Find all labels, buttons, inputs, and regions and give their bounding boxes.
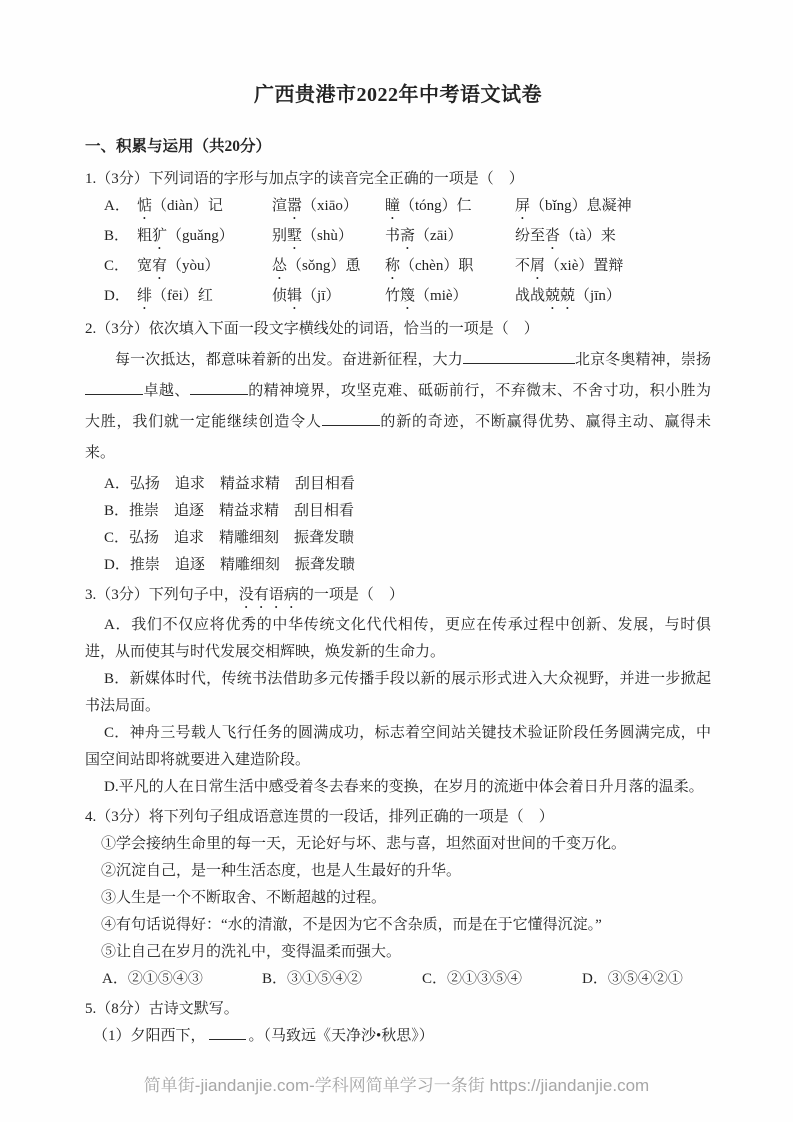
option-label: B． xyxy=(104,503,129,519)
q3-option-d: D.平凡的人在日常生活中感受着冬去春来的变换，在岁月的流逝中体会着日升月落的温柔… xyxy=(85,774,711,801)
q2-option-b: B．推崇 追逐 精益求精 刮目相看 xyxy=(85,498,711,525)
option-text: ③①⑤④② xyxy=(287,971,362,987)
fill-blank-line xyxy=(190,381,248,395)
q4-sentence-3: ③人生是一个不断取舍、不断超越的过程。 xyxy=(85,885,711,912)
q4-option-a: A．②①⑤④③ xyxy=(102,966,262,993)
question-3-stem: 3.（3分）下列句子中，没有语病的一项是（ ） xyxy=(85,582,711,612)
option-label: D． xyxy=(104,557,130,573)
fill-blank-line xyxy=(85,381,143,395)
q4-sentence-4: ④有句话说得好：“水的清澈，不是因为它不含杂质，而是在于它懂得沉淀。” xyxy=(85,912,711,939)
q4-option-b: B．③①⑤④② xyxy=(262,966,422,993)
q3-option-b: B．新媒体时代，传统书法借助多元传播手段以新的展示形式进入大众视野，并进一步掀起… xyxy=(85,666,711,720)
option-text: ②①③⑤④ xyxy=(447,971,522,987)
option-text: 弘扬 追求 精雕细刻 振聋发聩 xyxy=(129,530,354,546)
option-term: 绯（fēi）红 xyxy=(137,283,272,313)
option-text: 平凡的人在日常生活中感受着冬去春来的变换，在岁月的流逝中体会着日升月落的温柔。 xyxy=(119,779,704,795)
option-label: C． xyxy=(422,971,447,987)
q1-option-a: A． 惦（diàn）记 渲嚣（xiāo） 瞳（tóng）仁 屏（bǐng）息凝神 xyxy=(104,193,711,223)
exam-title: 广西贵港市2022年中考语文试卷 xyxy=(85,82,711,108)
option-text: 推崇 追逐 精雕细刻 振聋发聩 xyxy=(130,557,355,573)
option-label: D． xyxy=(104,283,137,313)
option-term: 竹篾（miè） xyxy=(385,283,515,313)
q3-option-a: A．我们不仅应将优秀的中华传统文化代代相传，更应在传承过程中创新、发展，与时俱进… xyxy=(85,612,711,666)
option-label: D． xyxy=(582,971,608,987)
q4-sentence-1: ①学会接纳生命里的每一天，无论好与坏、悲与喜，坦然面对世间的千变万化。 xyxy=(85,831,711,858)
q1-option-b: B． 粗犷（guǎng） 别墅（shù） 书斋（zāi） 纷至沓（tà）来 xyxy=(104,223,711,253)
option-term: 屏（bǐng）息凝神 xyxy=(515,193,632,223)
option-text: 新媒体时代，传统书法借助多元传播手段以新的展示形式进入大众视野，并进一步掀起书法… xyxy=(85,671,711,714)
option-text: 我们不仅应将优秀的中华传统文化代代相传，更应在传承过程中创新、发展，与时俱进，从… xyxy=(85,617,711,660)
q4-sentence-2: ②沉淀自己，是一种生活态度，也是人生最好的升华。 xyxy=(85,858,711,885)
passage-text: 每一次抵达，都意味着新的出发。奋进新征程，大力 xyxy=(115,352,463,368)
question-4-stem: 4.（3分）将下列句子组成语意连贯的一段话，排列正确的一项是（ ） xyxy=(85,804,711,831)
option-term: 宽宥（yòu） xyxy=(137,253,272,283)
option-label: C． xyxy=(104,253,137,283)
option-term: 瞳（tóng）仁 xyxy=(385,193,515,223)
option-label: C． xyxy=(104,725,130,741)
q4-option-c: C．②①③⑤④ xyxy=(422,966,582,993)
passage-text: 卓越、 xyxy=(143,383,190,399)
passage-text: 北京冬奥精神，崇扬 xyxy=(575,352,711,368)
option-term: 称（chèn）职 xyxy=(385,253,515,283)
option-text: 推崇 追逐 精益求精 刮目相看 xyxy=(129,503,354,519)
q2-passage: 每一次抵达，都意味着新的出发。奋进新征程，大力北京冬奥精神，崇扬卓越、的精神境界… xyxy=(85,345,711,469)
option-term: 粗犷（guǎng） xyxy=(137,223,272,253)
fill-blank-line xyxy=(209,1026,246,1040)
question-5-stem: 5.（8分）古诗文默写。 xyxy=(85,996,711,1023)
fill-blank-line xyxy=(463,350,575,364)
option-term: 怂（sǒng）恿 xyxy=(272,253,385,283)
option-term: 惦（diàn）记 xyxy=(137,193,272,223)
option-term: 不屑（xiè）置辩 xyxy=(515,253,623,283)
q4-option-d: D．③⑤④②① xyxy=(582,966,683,993)
option-term: 纷至沓（tà）来 xyxy=(515,223,616,253)
option-label: D. xyxy=(104,779,119,795)
q2-option-c: C．弘扬 追求 精雕细刻 振聋发聩 xyxy=(85,525,711,552)
option-term: 侦辑（jī） xyxy=(272,283,385,313)
q1-option-d: D． 绯（fēi）红 侦辑（jī） 竹篾（miè） 战战兢兢（jīn） xyxy=(104,283,711,313)
fill-blank-line xyxy=(322,412,380,426)
q1-option-c: C． 宽宥（yòu） 怂（sǒng）恿 称（chèn）职 不屑（xiè）置辩 xyxy=(104,253,711,283)
exam-paper-page: 广西贵港市2022年中考语文试卷 一、积累与运用（共20分） 1.（3分）下列词… xyxy=(0,0,793,1122)
q2-option-a: A．弘扬 追求 精益求精 刮目相看 xyxy=(85,471,711,498)
q5-item-1-pre: （1）夕阳西下， xyxy=(93,1028,206,1044)
option-label: A． xyxy=(104,476,130,492)
option-term: 别墅（shù） xyxy=(272,223,385,253)
option-term: 渲嚣（xiāo） xyxy=(272,193,385,223)
option-label: A． xyxy=(104,193,137,223)
option-text: ③⑤④②① xyxy=(608,971,683,987)
option-text: ②①⑤④③ xyxy=(128,971,203,987)
q5-item-1-post: 。（马致远《天净沙•秋思》） xyxy=(249,1028,434,1044)
q3-option-c: C．神舟三号载人飞行任务的圆满成功，标志着空间站关键技术验证阶段任务圆满完成，中… xyxy=(85,720,711,774)
option-label: B． xyxy=(104,223,137,253)
option-label: B． xyxy=(104,671,130,687)
option-label: C． xyxy=(104,530,129,546)
question-2-stem: 2.（3分）依次填入下面一段文字横线处的词语，恰当的一项是（ ） xyxy=(85,316,711,343)
watermark-footer: 简单街-jiandanjie.com-学科网简单学习一条街 https://ji… xyxy=(0,1071,793,1096)
option-label: B． xyxy=(262,971,287,987)
question-1-stem: 1.（3分）下列词语的字形与加点字的读音完全正确的一项是（ ） xyxy=(85,166,711,193)
option-text: 弘扬 追求 精益求精 刮目相看 xyxy=(130,476,355,492)
option-text: 神舟三号载人飞行任务的圆满成功，标志着空间站关键技术验证阶段任务圆满完成，中国空… xyxy=(85,725,711,768)
q5-item-1: （1）夕阳西下，。（马致远《天净沙•秋思》） xyxy=(85,1023,711,1050)
q2-option-d: D．推崇 追逐 精雕细刻 振聋发聩 xyxy=(85,552,711,579)
q4-options-row: A．②①⑤④③ B．③①⑤④② C．②①③⑤④ D．③⑤④②① xyxy=(102,966,711,993)
q4-sentence-5: ⑤让自己在岁月的洗礼中，变得温柔而强大。 xyxy=(85,939,711,966)
section-1-heading: 一、积累与运用（共20分） xyxy=(85,133,711,160)
option-label: A． xyxy=(102,971,128,987)
option-label: A． xyxy=(104,617,131,633)
option-term: 战战兢兢（jīn） xyxy=(515,283,621,313)
option-term: 书斋（zāi） xyxy=(385,223,515,253)
